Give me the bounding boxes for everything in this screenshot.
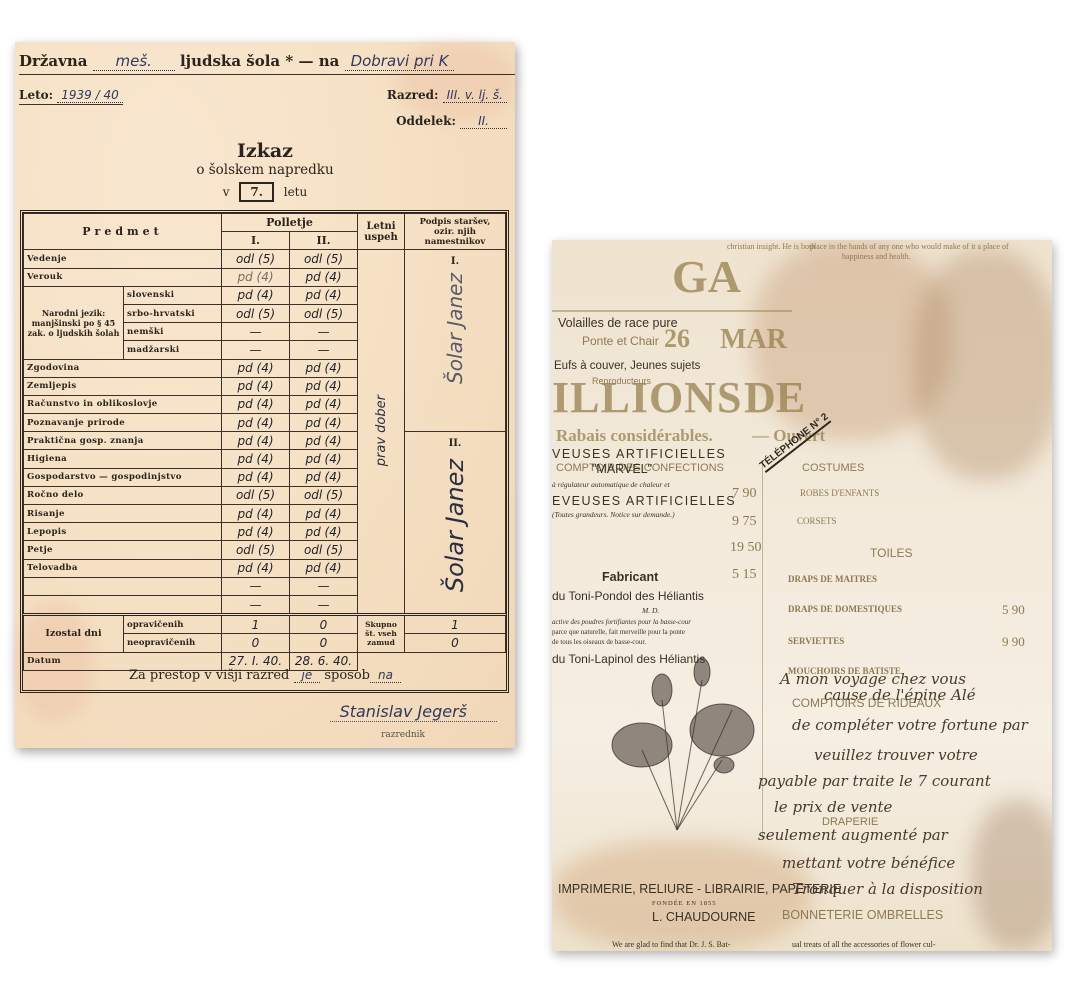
news-line: (Toutes grandeurs. Notice sur demande.) [552, 510, 675, 519]
podpis-ii-label: II. [408, 438, 502, 449]
grade-semester-1: pd (4) [222, 559, 290, 577]
grade-semester-1: pd (4) [222, 268, 290, 286]
news-line: active des poudres fortifiantes pour la … [552, 618, 691, 626]
news-line: parce que naturelle, fait merveille pour… [552, 628, 685, 636]
price-value: 7 90 [732, 486, 757, 502]
grade-semester-1: pd (4) [222, 359, 290, 377]
parent-signature-text: Šolar Janez [443, 273, 467, 384]
subject-name: Zemljepis [24, 377, 222, 395]
school-location-value: Dobravi pri K [345, 52, 455, 71]
year-prefix: v [223, 185, 230, 199]
grade-semester-1: pd (4) [222, 468, 290, 486]
headline-fragment: GA [672, 250, 741, 303]
news-line: du Toni-Pondol des Héliantis [552, 589, 704, 603]
promotion-suffix-value: na [370, 668, 401, 683]
grade-semester-1: pd (4) [222, 450, 290, 468]
parent-signature-2: II.Šolar Janez [405, 432, 506, 615]
document-subtitle: o šolskem napredku [15, 162, 515, 178]
teacher-signature: Stanislav Jegerš [330, 702, 497, 722]
parent-signature-1: I.Šolar Janez [405, 250, 506, 432]
opraviceni-label: opravičenih [124, 615, 222, 634]
vintage-newspaper-collage: christian insight. He is both place in t… [552, 240, 1052, 951]
subject-name: slovenski [124, 286, 222, 304]
grade-semester-2: pd (4) [290, 268, 358, 286]
grade-semester-1: — [222, 323, 290, 341]
subject-name: Risanje [24, 505, 222, 523]
oddelek-value: II. [460, 114, 507, 129]
news-line: Eufs à couver, Jeunes sujets [554, 360, 700, 372]
grade-semester-1: pd (4) [222, 505, 290, 523]
col-header-podpis: Podpis staršev, ozir. njih namestnikov [405, 214, 506, 250]
promotion-label: Za prestop v višji razred [129, 668, 289, 683]
handwritten-line: Tronquer à la disposition [792, 880, 983, 898]
razred-field: Razred: III. v. lj. š. [387, 88, 507, 102]
razrednik-label: razrednik [381, 730, 425, 740]
handwritten-line: mettant votre bénéfice [782, 854, 955, 872]
grade-semester-2: — [290, 323, 358, 341]
news-line: EVEUSES ARTIFICIELLES [552, 494, 736, 508]
news-line: "MARVEL" [592, 462, 652, 476]
news-line: CORSETS [797, 516, 837, 526]
news-line: DRAPS DE MAITRES [788, 574, 877, 584]
school-year-field: Leto: 1939 / 40 [19, 88, 123, 105]
grade-semester-1: pd (4) [222, 377, 290, 395]
narodni-jezik-label: Narodni jezik: manjšinski po § 45 zak. o… [24, 286, 124, 359]
razred-value: III. v. lj. š. [443, 88, 507, 103]
coffee-stain [972, 800, 1052, 950]
news-line: SERVIETTES [788, 636, 844, 646]
oddelek-field: Oddelek: II. [396, 114, 507, 128]
news-line: We are glad to find that Dr. J. S. Bat- [612, 940, 730, 949]
news-line: à régulateur automatique de chaleur et [552, 480, 670, 489]
subject-name: Telovadba [24, 559, 222, 577]
grade-semester-2: — [290, 341, 358, 359]
promotion-value: je [294, 668, 321, 683]
price-value: 19 50 [730, 540, 762, 556]
grade-semester-1: pd (4) [222, 432, 290, 450]
news-line: ROBES D'ENFANTS [800, 488, 879, 498]
teacher-signature-line: Stanislav Jegerš [330, 702, 497, 722]
neopraviceni-label: neopravičenih [124, 634, 222, 652]
grade-row: Praktična gosp. znanjapd (4)pd (4)II.Šol… [24, 432, 506, 450]
handwritten-line: cause de l'épine Alé [824, 686, 976, 704]
school-header-line: Državna meš. ljudska šola * — na Dobravi… [19, 52, 515, 71]
grade-semester-2: pd (4) [290, 377, 358, 395]
subject-name: Vedenje [24, 250, 222, 268]
subject-name: Lepopis [24, 523, 222, 541]
grade-semester-1: odl (5) [222, 486, 290, 504]
subject-name: Gospodarstvo — gospodinjstvo [24, 468, 222, 486]
news-line: BONNETERIE OMBRELLES [782, 908, 943, 922]
year-suffix: letu [284, 185, 308, 199]
grade-semester-2: pd (4) [290, 468, 358, 486]
news-line: L. CHAUDOURNE [652, 910, 756, 924]
subject-name: madžarski [124, 341, 222, 359]
grade-semester-1: pd (4) [222, 395, 290, 413]
col-header-semester-1: I. [222, 232, 290, 250]
subject-name: Računstvo in oblikoslovje [24, 395, 222, 413]
header-rule [19, 74, 515, 75]
headline-fragment: ILLIONS [552, 372, 742, 423]
news-line: COSTUMES [802, 462, 864, 474]
subject-name: Zgodovina [24, 359, 222, 377]
coffee-stain [912, 250, 1052, 480]
subject-name: Verouk [24, 268, 222, 286]
promotion-suffix: sposob [324, 668, 370, 683]
headline-fragment: Rabais considérables. [556, 426, 713, 446]
news-line: FONDÉE EN 1855 [652, 900, 717, 907]
grade-semester-2: pd (4) [290, 523, 358, 541]
handwritten-line: de compléter votre fortune par [792, 716, 1028, 734]
parent-signature-text: Šolar Janez [441, 459, 469, 592]
skupno-opraviceni: 1 [405, 615, 506, 634]
pressed-flower-illustration [582, 640, 782, 840]
subject-name: srbo-hrvatski [124, 304, 222, 322]
headline-fragment: DE [744, 372, 805, 423]
col-header-predmet: Predmet [24, 214, 222, 250]
news-line: Ponte et Chair [582, 334, 659, 348]
grade-semester-1: pd (4) [222, 523, 290, 541]
news-line: Volailles de race pure [558, 316, 678, 330]
price-value: 5 90 [1002, 602, 1025, 618]
podpis-i-label: I. [408, 256, 502, 267]
grade-semester-2: pd (4) [290, 286, 358, 304]
grades-body: Vedenjeodl (5)odl (5)prav doberI.Šolar J… [24, 250, 506, 670]
handwritten-line: veuillez trouver votre [814, 746, 978, 764]
grade-semester-2: odl (5) [290, 486, 358, 504]
news-line: TOILES [870, 546, 912, 560]
neopraviceni-semester-1: 0 [222, 634, 290, 652]
asterisk-mark: * [285, 52, 293, 70]
price-value: 9 75 [732, 514, 757, 530]
subject-name: Petje [24, 541, 222, 559]
absence-row: Izostal dni opravičenih 1 0 Skupno št. v… [24, 615, 506, 634]
grade-semester-1: odl (5) [222, 304, 290, 322]
grade-semester-2: pd (4) [290, 559, 358, 577]
news-line: M. D. [642, 606, 659, 615]
news-line: happiness and health. [842, 252, 911, 261]
leto-value: 1939 / 40 [57, 88, 122, 103]
col-header-letni-uspeh: Letni uspeh [358, 214, 405, 250]
grade-semester-2: pd (4) [290, 414, 358, 432]
grade-semester-2: pd (4) [290, 395, 358, 413]
news-line: ual treats of all the accessories of flo… [792, 940, 936, 949]
grade-semester-2: — [290, 595, 358, 614]
na-label: — na [298, 52, 339, 70]
grade-semester-1: — [222, 595, 290, 614]
price-value: 9 90 [1002, 634, 1025, 650]
drzavna-value: meš. [93, 52, 175, 71]
news-line: Fabricant [602, 570, 658, 584]
skupno-label: Skupno št. vseh zamud [358, 615, 405, 652]
oddelek-label: Oddelek: [396, 114, 456, 128]
grades-table: Predmet Polletje Letni uspeh Podpis star… [20, 210, 509, 693]
grade-semester-1: — [222, 341, 290, 359]
school-type-label: ljudska šola [180, 52, 280, 70]
izostal-label: Izostal dni [24, 615, 124, 652]
grade-semester-1: odl (5) [222, 541, 290, 559]
headline-fragment: MAR [720, 324, 787, 356]
grade-semester-2: odl (5) [290, 541, 358, 559]
razred-label: Razred: [387, 88, 439, 102]
grade-semester-2: odl (5) [290, 250, 358, 268]
subject-name: Ročno delo [24, 486, 222, 504]
year-value-box: 7. [239, 182, 274, 202]
grade-semester-2: pd (4) [290, 505, 358, 523]
report-card-document: Državna meš. ljudska šola * — na Dobravi… [15, 42, 515, 748]
grade-semester-2: pd (4) [290, 432, 358, 450]
grade-semester-1: odl (5) [222, 250, 290, 268]
subject-name: Higiena [24, 450, 222, 468]
letni-uspeh-value: prav dober [374, 395, 389, 466]
opraviceni-semester-2: 0 [290, 615, 358, 634]
handwritten-line: seulement augmenté par [758, 826, 948, 844]
drzavna-label: Državna [19, 52, 88, 70]
promotion-line: Za prestop v višji razred je sposobna [15, 668, 515, 683]
skupno-neopraviceni: 0 [405, 634, 506, 652]
subject-name: Praktična gosp. znanja [24, 432, 222, 450]
news-line: DRAPS DE DOMESTIQUES [788, 604, 902, 614]
handwritten-line: le prix de vente [774, 798, 892, 816]
subject-name [24, 595, 222, 614]
grade-semester-2: pd (4) [290, 359, 358, 377]
column-rule [552, 310, 792, 312]
grade-semester-1: pd (4) [222, 286, 290, 304]
document-title: Izkaz [15, 140, 515, 162]
grade-semester-2: odl (5) [290, 304, 358, 322]
handwritten-line: payable par traite le 7 courant [758, 772, 991, 790]
subject-name: Poznavanje prirode [24, 414, 222, 432]
neopraviceni-semester-2: 0 [290, 634, 358, 652]
opraviceni-semester-1: 1 [222, 615, 290, 634]
news-line: VEUSES ARTIFICIELLES [552, 447, 726, 461]
school-year-count: v 7. letu [15, 182, 515, 202]
headline-fragment: 26 [664, 324, 690, 354]
news-line: place in the hands of any one who would … [810, 242, 1009, 251]
col-header-semester-2: II. [290, 232, 358, 250]
leto-label: Leto: [19, 88, 53, 102]
grade-semester-2: pd (4) [290, 450, 358, 468]
grade-semester-1: pd (4) [222, 414, 290, 432]
subject-name: nemški [124, 323, 222, 341]
price-value: 5 15 [732, 567, 757, 583]
grade-row: Vedenjeodl (5)odl (5)prav doberI.Šolar J… [24, 250, 506, 268]
subject-name [24, 577, 222, 595]
grade-semester-2: — [290, 577, 358, 595]
grade-semester-1: — [222, 577, 290, 595]
col-header-polletje: Polletje [222, 214, 358, 232]
